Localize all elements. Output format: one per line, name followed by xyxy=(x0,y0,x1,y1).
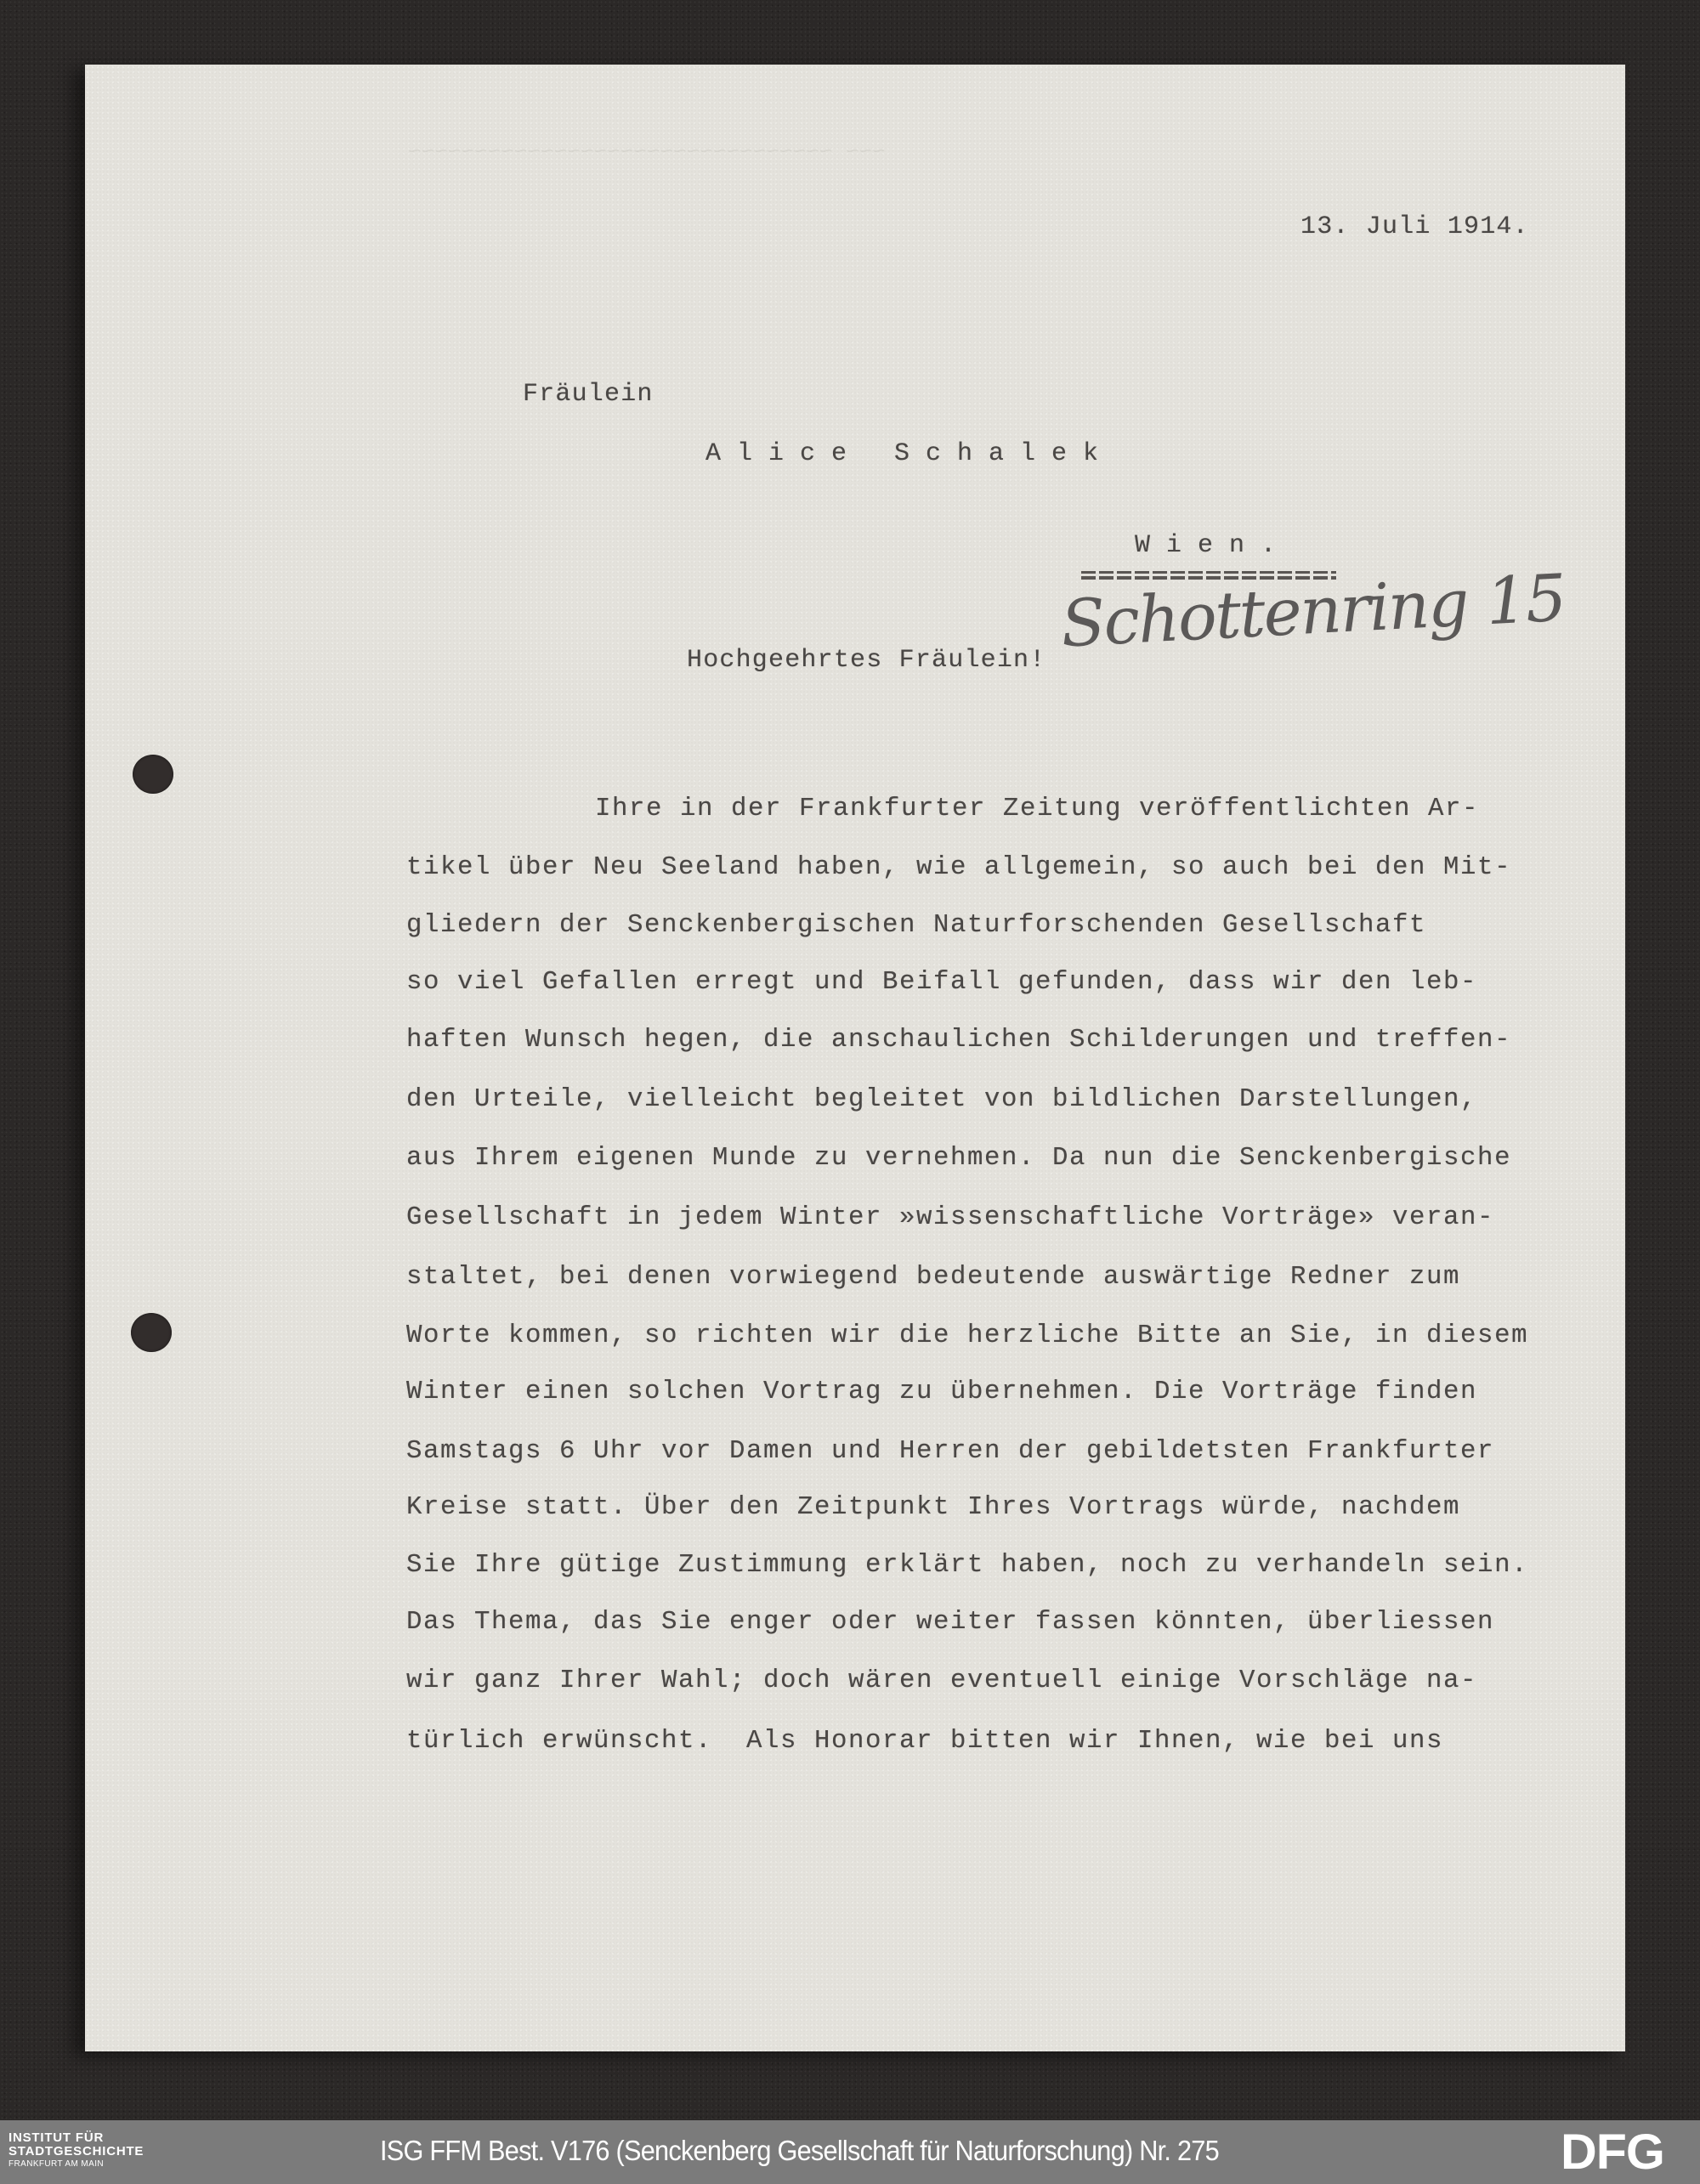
body-line: Ihre in der Frankfurter Zeitung veröffen… xyxy=(595,795,1479,822)
body-line: Das Thema, das Sie enger oder weiter fas… xyxy=(406,1609,1494,1635)
body-line: Gesellschaft in jedem Winter »wissenscha… xyxy=(406,1204,1494,1231)
body-line: Sie Ihre gütige Zustimmung erklärt haben… xyxy=(406,1552,1528,1578)
body-line: Worte kommen, so richten wir die herzlic… xyxy=(406,1322,1528,1349)
body-line: staltet, bei denen vorwiegend bedeutende… xyxy=(406,1264,1460,1290)
isg-institution-logo: INSTITUT FÜR STADTGESCHICHTE FRANKFURT A… xyxy=(8,2131,144,2170)
greeting: Hochgeehrtes Fräulein! xyxy=(687,648,1045,673)
recipient-name: Alice Schalek xyxy=(705,441,1114,467)
body-line: Winter einen solchen Vortrag zu übernehm… xyxy=(406,1378,1477,1405)
body-line: gliedern der Senckenbergischen Naturfors… xyxy=(406,912,1426,938)
punch-hole-top xyxy=(133,755,173,794)
dfg-logo: DFG xyxy=(1561,2129,1664,2176)
institution-line-3: FRANKFURT AM MAIN xyxy=(8,2159,144,2170)
letter-page: ~~~ ~~~~~~~~~~~~~~~~~~~~~~~~~~~~~~~~ 13.… xyxy=(85,65,1625,2051)
body-line: tikel über Neu Seeland haben, wie allgem… xyxy=(406,854,1511,880)
body-line: Samstags 6 Uhr vor Damen und Herren der … xyxy=(406,1438,1494,1464)
archive-reference: ISG FFM Best. V176 (Senckenberg Gesellsc… xyxy=(380,2134,1219,2168)
body-line: türlich erwünscht. Als Honorar bitten wi… xyxy=(406,1728,1443,1754)
body-line: wir ganz Ihrer Wahl; doch wären eventuel… xyxy=(406,1667,1477,1694)
body-line: den Urteile, vielleicht begleitet von bi… xyxy=(406,1086,1477,1112)
archive-footer-bar: INSTITUT FÜR STADTGESCHICHTE FRANKFURT A… xyxy=(0,2120,1700,2184)
recipient-city: Wien. xyxy=(1135,533,1292,558)
recipient-salutation: Fräulein xyxy=(523,382,654,407)
punch-hole-bottom xyxy=(131,1313,172,1352)
body-line: aus Ihrem eigenen Munde zu vernehmen. Da… xyxy=(406,1145,1511,1171)
body-line: Kreise statt. Über den Zeitpunkt Ihres V… xyxy=(406,1494,1460,1520)
body-line: haften Wunsch hegen, die anschaulichen S… xyxy=(406,1027,1511,1053)
letter-date: 13. Juli 1914. xyxy=(1300,214,1529,240)
show-through-text: ~~~ ~~~~~~~~~~~~~~~~~~~~~~~~~~~~~~~~ xyxy=(408,139,886,165)
institution-line-1: INSTITUT FÜR xyxy=(8,2131,144,2145)
institution-line-2: STADTGESCHICHTE xyxy=(8,2145,144,2159)
body-line: so viel Gefallen erregt und Beifall gefu… xyxy=(406,969,1477,995)
